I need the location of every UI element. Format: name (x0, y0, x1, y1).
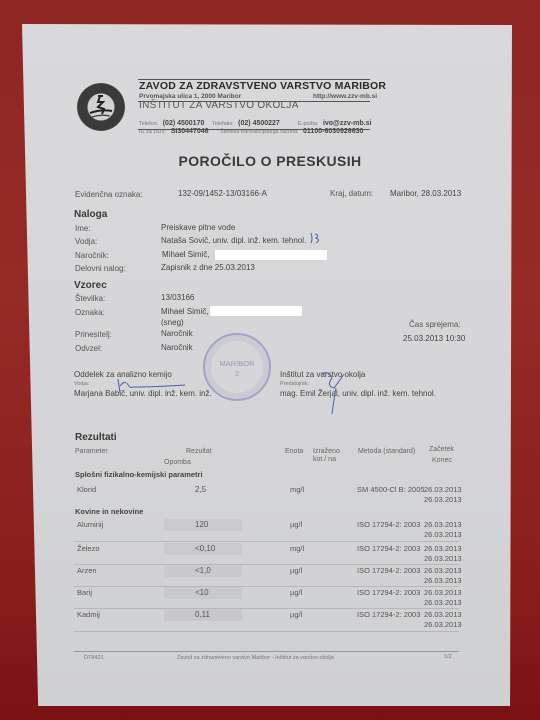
footer-page: 1/2 (444, 654, 452, 660)
result-value: 0,11 (195, 610, 210, 619)
col-parameter: Parameter (75, 448, 108, 455)
result-end-date: 26.03.2013 (424, 576, 462, 585)
field-label-ime: Ime: (75, 224, 91, 233)
field-value-oznaka: Mihael Simič, (161, 307, 209, 316)
field-label-oznaka: Oznaka: (75, 308, 105, 317)
result-parameter: Železo (77, 544, 100, 553)
result-method: ISO 17294-2: 2003 (357, 566, 420, 575)
right-role: Predstojnik: (280, 381, 309, 387)
result-start-date: 26.03.2013 (424, 588, 462, 597)
row-divider (74, 586, 459, 587)
result-end-date: 26.03.2013 (424, 620, 462, 629)
result-parameter: Aluminij (77, 520, 103, 529)
official-stamp: MARIBOR 2 (203, 333, 271, 401)
row-divider (74, 608, 459, 609)
place-date-label: Kraj, datum: (330, 189, 373, 198)
result-unit: µg/l (290, 588, 302, 597)
result-value: <1,0 (195, 566, 211, 575)
field-label-vodja: Vodja: (75, 237, 97, 246)
result-method: ISO 17294-2: 2003 (357, 588, 420, 597)
result-unit: mg/l (290, 544, 304, 553)
field-value-odvzel: Naročnik (161, 343, 193, 352)
field-value-stevilka: 13/03166 (161, 293, 194, 302)
result-value: 120 (195, 520, 208, 529)
col-result: Rezultat (186, 448, 212, 455)
result-start-date: 26.03.2013 (424, 485, 462, 494)
result-unit: µg/l (290, 610, 302, 619)
field-label-stevilka: Številka: (75, 294, 105, 303)
result-end-date: 26.03.2013 (424, 530, 462, 539)
result-value: 2,5 (195, 485, 206, 494)
result-start-date: 26.03.2013 (424, 566, 462, 575)
institute-logo (77, 83, 125, 131)
institute-name: INŠTITUT ZA VARSTVO OKOLJA (139, 100, 299, 111)
right-signatory: mag. Emil Žerjal, univ. dipl. inž. kem. … (280, 389, 436, 398)
result-parameter: Kadmij (77, 610, 100, 619)
result-method: ISO 17294-2: 2003 (357, 544, 420, 553)
footer-rule (74, 651, 459, 652)
logo-figure-icon (89, 93, 113, 121)
vzorec-heading: Vzorec (74, 280, 107, 291)
result-group-heading: Splošni fizikalno-kemijski parametri (75, 470, 203, 479)
result-unit: mg/l (290, 485, 304, 494)
result-method: ISO 17294-2: 2003 (357, 610, 420, 619)
field-value-oznaka-note: (sneg) (161, 318, 184, 327)
col-method: Metoda (standard) (358, 448, 415, 455)
col-expressed-2: kot / na (313, 456, 336, 463)
org-name: ZAVOD ZA ZDRAVSTVENO VARSTVO MARIBOR (139, 80, 386, 92)
place-date-value: Maribor, 28.03.2013 (390, 189, 461, 198)
result-unit: µg/l (290, 566, 302, 575)
result-parameter: Barij (77, 588, 92, 597)
stamp-number: 2 (205, 369, 269, 378)
org-website: http://www.zzv-mb.si (313, 93, 377, 100)
result-start-date: 26.03.2013 (424, 610, 462, 619)
result-start-date: 26.03.2013 (424, 544, 462, 553)
results-heading: Rezultati (75, 432, 117, 443)
field-value-prinesitelj: Naročnik (161, 329, 193, 338)
receipt-label: Čas sprejema: (409, 320, 461, 329)
field-value-delovni-nalog: Zapisnik z dne 25.03.2013 (161, 263, 255, 272)
result-method: SM 4500-Cl B: 2005 (357, 485, 425, 494)
result-value: <10 (195, 588, 209, 597)
col-unit: Enota (285, 448, 303, 455)
result-unit: µg/l (290, 520, 302, 529)
document-title: POROČILO O PRESKUSIH (0, 153, 540, 169)
result-parameter: Arzen (77, 566, 97, 575)
redaction-box (215, 250, 327, 260)
redaction-box (210, 306, 302, 316)
col-start: Začetek (429, 446, 454, 453)
row-divider (74, 631, 459, 632)
result-parameter: Klorid (77, 485, 96, 494)
field-value-ime: Preiskave pitne vode (161, 223, 235, 232)
field-value-vodja: Nataša Sovič, univ. dipl. inž. kem. tehn… (161, 236, 306, 245)
footer-code: DT8421 (84, 655, 104, 661)
result-end-date: 26.03.2013 (424, 554, 462, 563)
naloga-heading: Naloga (74, 209, 107, 220)
row-divider (74, 541, 459, 542)
field-value-narocnik: Mihael Simič, (162, 250, 210, 259)
col-expressed: Izraženo (313, 448, 340, 455)
result-end-date: 26.03.2013 (424, 495, 462, 504)
result-start-date: 26.03.2013 (424, 520, 462, 529)
result-end-date: 26.03.2013 (424, 598, 462, 607)
ref-value: 132-09/1452-13/03166-A (178, 189, 267, 198)
field-label-odvzel: Odvzel: (75, 344, 102, 353)
field-label-delovni-nalog: Delovni nalog: (75, 264, 126, 273)
field-label-prinesitelj: Prinesitelj: (75, 330, 112, 339)
stamp-text: MARIBOR (205, 359, 269, 368)
col-end: Konec (432, 457, 452, 464)
footer-org: Zavod za zdravstveno varstvo Maribor - I… (177, 655, 334, 661)
field-label-narocnik: Naročnik: (75, 251, 109, 260)
row-divider (74, 564, 459, 565)
left-role: Vodja: (74, 381, 89, 387)
col-note: Opomba (164, 459, 191, 466)
result-group-heading: Kovine in nekovine (75, 507, 143, 516)
initials-signature (308, 231, 322, 245)
result-method: ISO 17294-2: 2003 (357, 520, 420, 529)
header-rule-bottom (138, 129, 370, 130)
ref-label: Evidenčna oznaka: (75, 190, 143, 199)
handwritten-signature (318, 368, 348, 418)
result-value: <0,10 (195, 544, 215, 553)
receipt-value: 25.03.2013 10:30 (403, 334, 465, 343)
handwritten-signature (115, 377, 195, 397)
org-address: Prvomajska ulica 1, 2000 Maribor (139, 93, 241, 100)
